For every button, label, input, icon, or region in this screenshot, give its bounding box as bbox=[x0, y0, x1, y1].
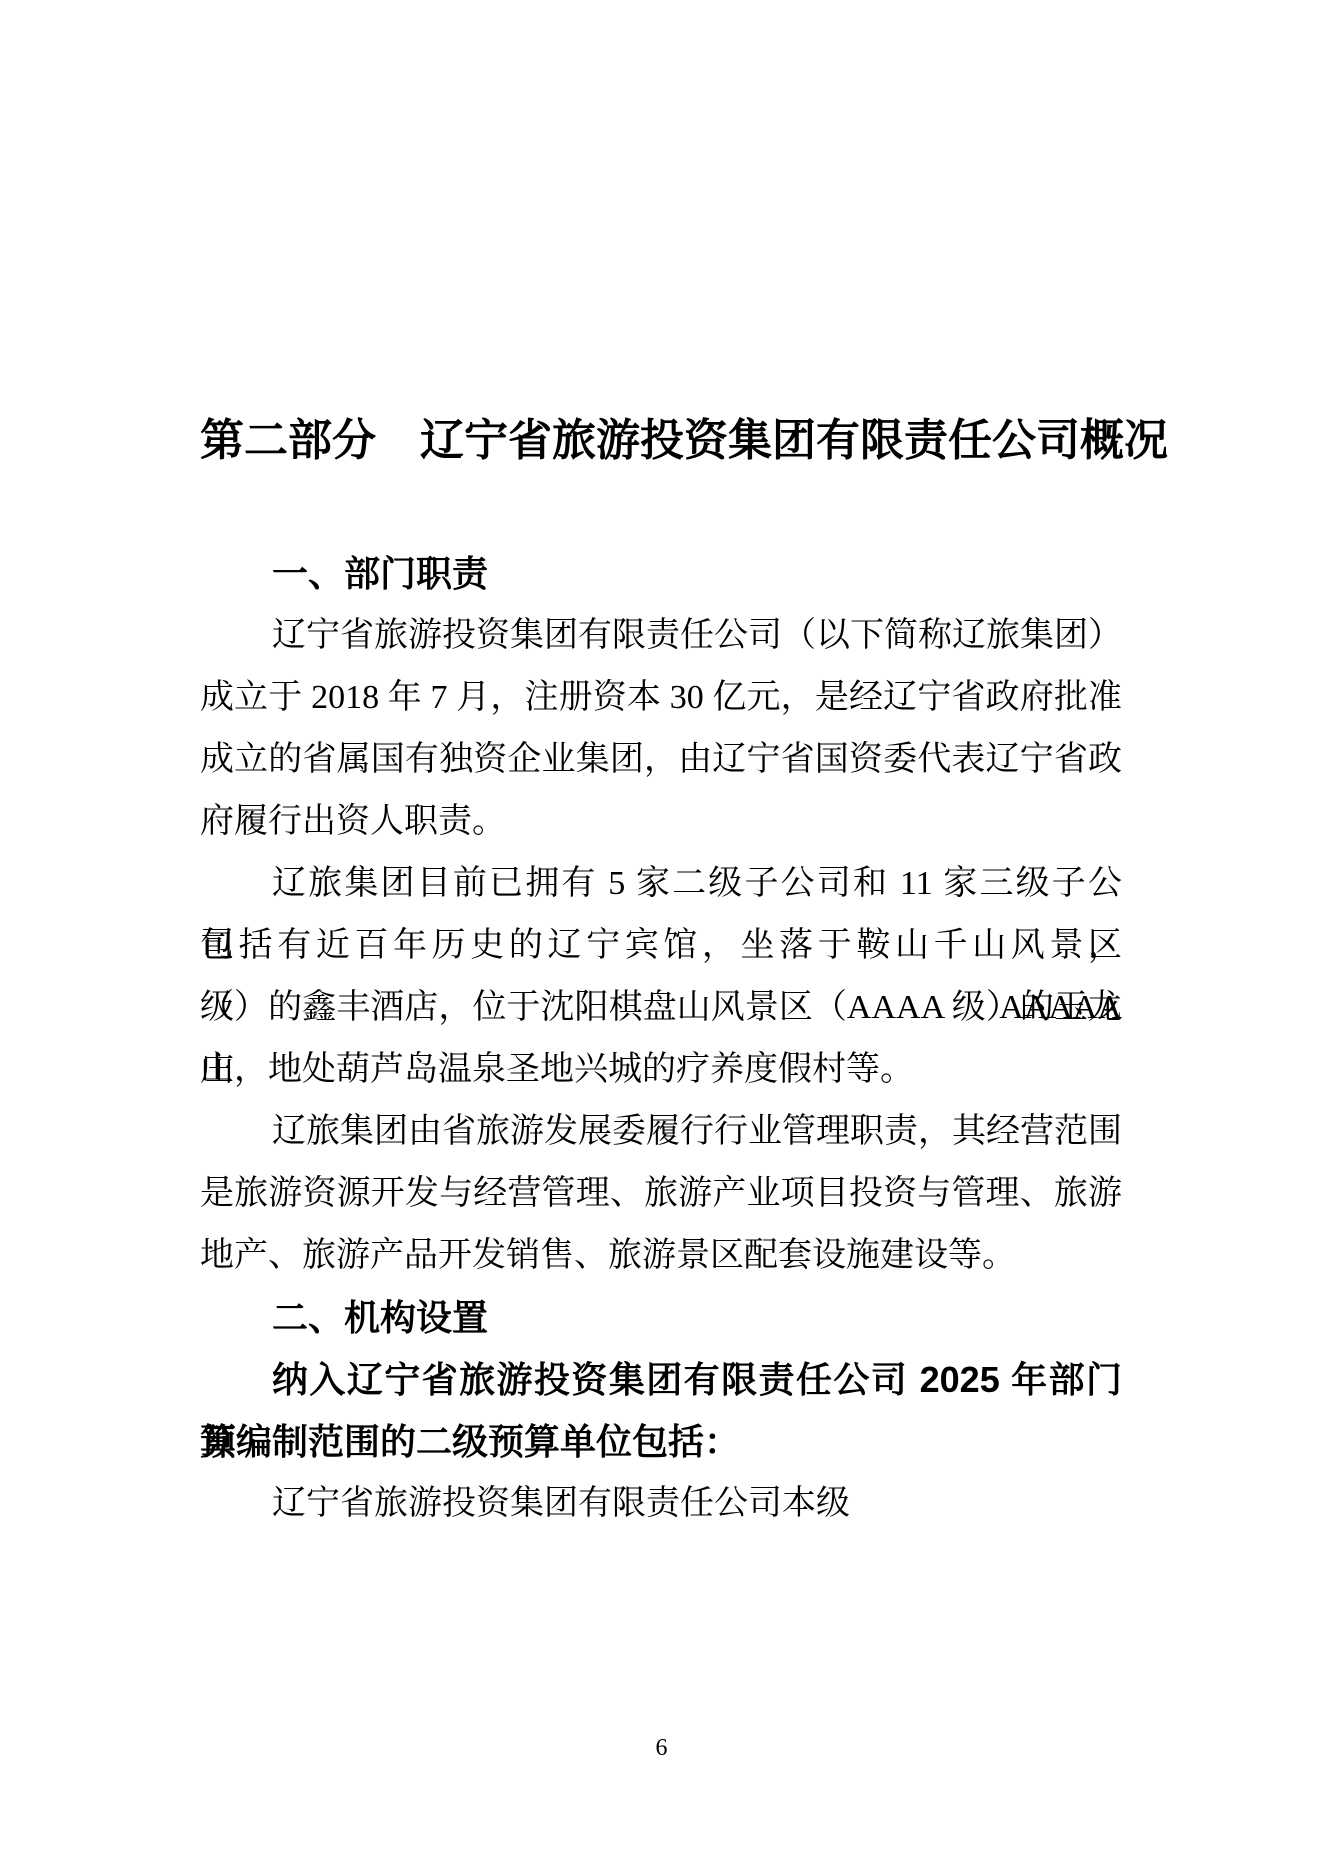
text-line: 纳入辽宁省旅游投资集团有限责任公司 2025 年部门预 bbox=[200, 1349, 1122, 1411]
document-title: 第二部分 辽宁省旅游投资集团有限责任公司概况 bbox=[200, 408, 1122, 474]
page-number: 6 bbox=[0, 1733, 1323, 1763]
text-line: 包括有近百年历史的辽宁宾馆，坐落于鞍山千山风景区（AAAAA bbox=[200, 915, 1122, 977]
text-line: 成立的省属国有独资企业集团，由辽宁省国资委代表辽宁省政 bbox=[200, 729, 1122, 791]
document-body: 一、部门职责 辽宁省旅游投资集团有限责任公司（以下简称辽旅集团） 成立于 201… bbox=[200, 543, 1122, 1535]
text-line: 辽宁省旅游投资集团有限责任公司（以下简称辽旅集团） bbox=[200, 605, 1122, 667]
text-line: 庄，地处葫芦岛温泉圣地兴城的疗养度假村等。 bbox=[200, 1039, 1122, 1101]
text-line: 级）的鑫丰酒店，位于沈阳棋盘山风景区（AAAA 级）的玉龙山 bbox=[200, 977, 1122, 1039]
section-2-heading: 二、机构设置 bbox=[200, 1287, 1122, 1349]
text-line: 辽宁省旅游投资集团有限责任公司本级 bbox=[200, 1473, 1122, 1535]
text-line: 辽旅集团由省旅游发展委履行行业管理职责，其经营范围 bbox=[200, 1101, 1122, 1163]
section-1-heading: 一、部门职责 bbox=[200, 543, 1122, 605]
text-line: 地产、旅游产品开发销售、旅游景区配套设施建设等。 bbox=[200, 1225, 1122, 1287]
text-line: 府履行出资人职责。 bbox=[200, 791, 1122, 853]
text-line: 辽旅集团目前已拥有 5 家二级子公司和 11 家三级子公司， bbox=[200, 853, 1122, 915]
text-line: 算编制范围的二级预算单位包括： bbox=[200, 1411, 1122, 1473]
document-page: 第二部分 辽宁省旅游投资集团有限责任公司概况 一、部门职责 辽宁省旅游投资集团有… bbox=[0, 0, 1323, 1871]
text-line: 是旅游资源开发与经营管理、旅游产业项目投资与管理、旅游 bbox=[200, 1163, 1122, 1225]
text-line: 成立于 2018 年 7 月，注册资本 30 亿元，是经辽宁省政府批准 bbox=[200, 667, 1122, 729]
